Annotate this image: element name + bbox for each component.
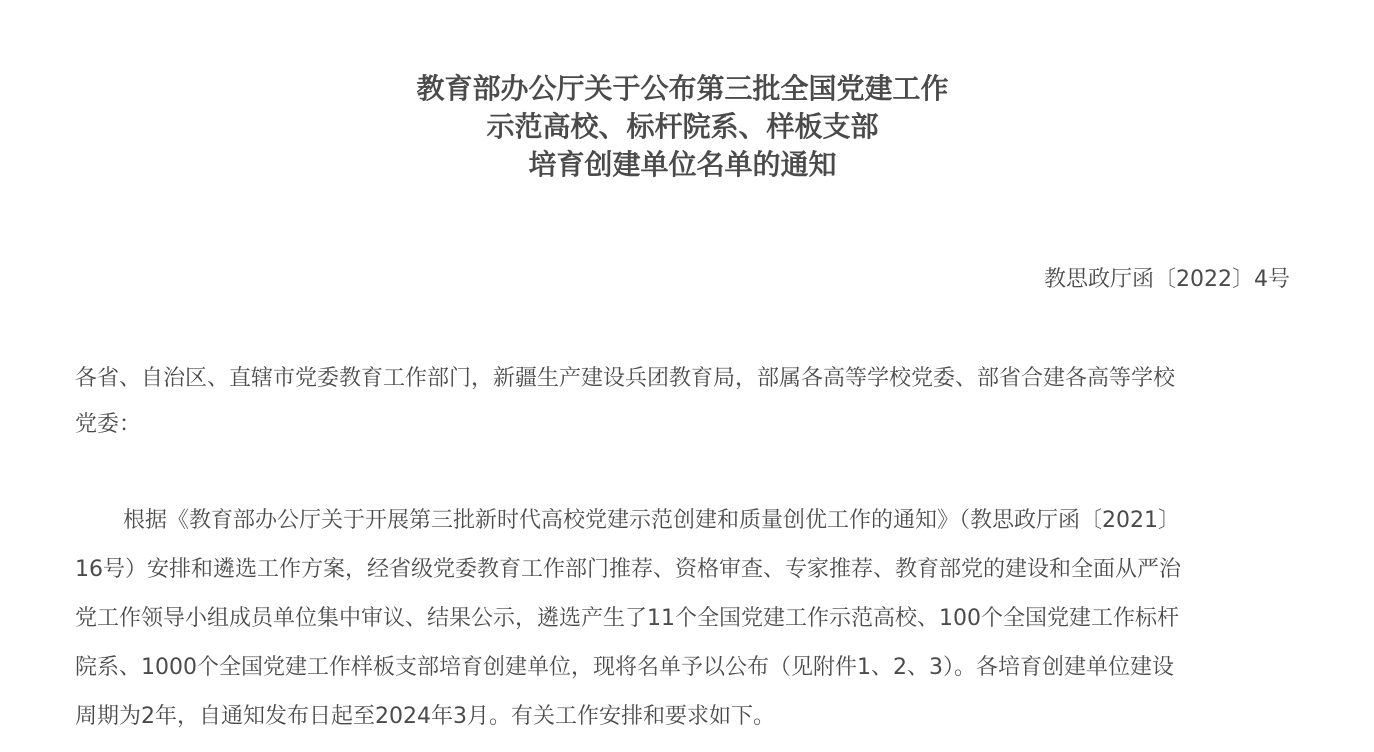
paragraph-line: 院系、1000个全国党建工作样板支部培育创建单位，现将名单予以公布（见附件1、2… — [75, 643, 1290, 692]
document-number: 教思政厅函〔2022〕4号 — [1044, 262, 1290, 298]
paragraph-line: 根据《教育部办公厅关于开展第三批新时代高校党建示范创建和质量创优工作的通知》（教… — [75, 496, 1290, 545]
title-line: 教育部办公厅关于公布第三批全国党建工作 — [75, 70, 1290, 108]
addressee-line: 党委： — [75, 402, 1290, 448]
addressee: 各省、自治区、直辖市党委教育工作部门，新疆生产建设兵团教育局，部属各高等学校党委… — [75, 356, 1290, 448]
paragraph-line: 16号）安排和遴选工作方案，经省级党委教育工作部门推荐、资格审查、专家推荐、教育… — [75, 545, 1290, 594]
paragraph-line: 周期为2年，自通知发布日起至2024年3月。有关工作安排和要求如下。 — [75, 692, 1290, 741]
paragraph-line: 党工作领导小组成员单位集中审议、结果公示，遴选产生了11个全国党建工作示范高校、… — [75, 594, 1290, 643]
body-paragraph: 根据《教育部办公厅关于开展第三批新时代高校党建示范创建和质量创优工作的通知》（教… — [75, 496, 1290, 741]
document-title: 教育部办公厅关于公布第三批全国党建工作 示范高校、标杆院系、样板支部 培育创建单… — [75, 70, 1290, 184]
title-line: 培育创建单位名单的通知 — [75, 146, 1290, 184]
addressee-line: 各省、自治区、直辖市党委教育工作部门，新疆生产建设兵团教育局，部属各高等学校党委… — [75, 356, 1290, 402]
title-line: 示范高校、标杆院系、样板支部 — [75, 108, 1290, 146]
